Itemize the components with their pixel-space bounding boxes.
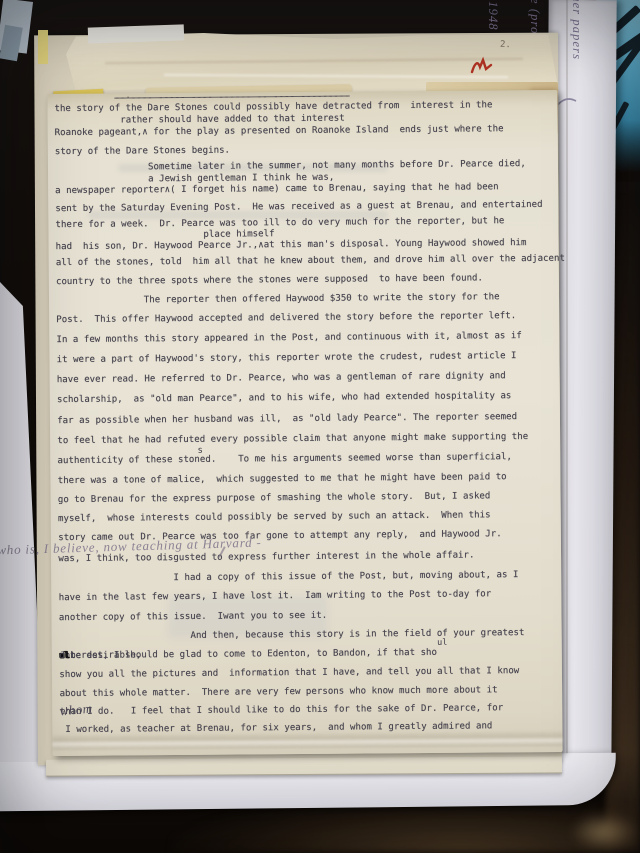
typed-insert-line: place himself — [56, 229, 275, 241]
typed-line: have ever read. He referred to Dr. Pearc… — [57, 371, 506, 385]
typed-line: to feel that he had refuted every possib… — [57, 432, 528, 446]
typed-insert-line: rather should have added to that interes… — [55, 114, 345, 127]
photo-of-typed-letter: tcher papers nce (professional) r., 1948… — [0, 0, 640, 853]
typed-line: there was a tone of malice, which sugges… — [58, 472, 507, 486]
typed-line: about this whole matter. There are very … — [60, 685, 498, 699]
typed-line: it were a part of Haywood's story, this … — [57, 351, 517, 365]
typed-line: another copy of this issue. Iwant you to… — [59, 611, 327, 623]
typed-line: all of the stones, told him all that he … — [56, 254, 565, 268]
correction-ul: ul — [437, 638, 447, 648]
typed-line: have in the last few years, I have lost … — [59, 589, 492, 603]
typed-line: I worked, as teacher at Brenau, for six … — [60, 721, 493, 735]
typescript-text: --·---- ----- ---- ------ -- ---- ------… — [0, 0, 640, 853]
typed-line: authenticity of these stoned. To me his … — [57, 452, 511, 466]
typed-line: sent by the Saturday Evening Post. He wa… — [55, 200, 542, 214]
typed-line: myself, whose interests could possibly b… — [58, 510, 491, 524]
typed-line: I had a copy of this issue of the Post, … — [59, 570, 519, 584]
typed-line: scholarship, as "old man Pearce", and to… — [57, 391, 511, 405]
typed-line-whom: than I do. I feel that I should like to … — [60, 707, 93, 719]
typed-line: Roanoke pageant,∧ for the play as presen… — [55, 124, 504, 138]
handwritten-whom: whom — [59, 703, 93, 716]
typed-segment: than I do. I feel that I should like to … — [60, 703, 509, 717]
typed-line: show you all the pictures and informatio… — [59, 666, 519, 680]
typed-line: far as possible when her husband was ill… — [57, 412, 517, 426]
typed-line: story of the Dare Stones begins. — [55, 146, 230, 158]
typed-line: there for a week. Dr. Pearce was too ill… — [55, 216, 504, 230]
typed-line: And then, because this story is in the f… — [59, 628, 524, 642]
typed-segment: d be desirable, — [59, 650, 141, 661]
typed-line: Post. This offer Haywood accepted and de… — [56, 311, 516, 325]
typed-line: go to Brenau for the express purpose of … — [58, 491, 491, 505]
typed-line: The reporter then offered Haywood $350 t… — [56, 292, 500, 306]
typed-line: Sometime later in the summer, not many m… — [55, 159, 526, 173]
typed-line: country to the three spots where the sto… — [56, 273, 483, 287]
typed-line: In a few months this story appeared in t… — [56, 331, 521, 345]
